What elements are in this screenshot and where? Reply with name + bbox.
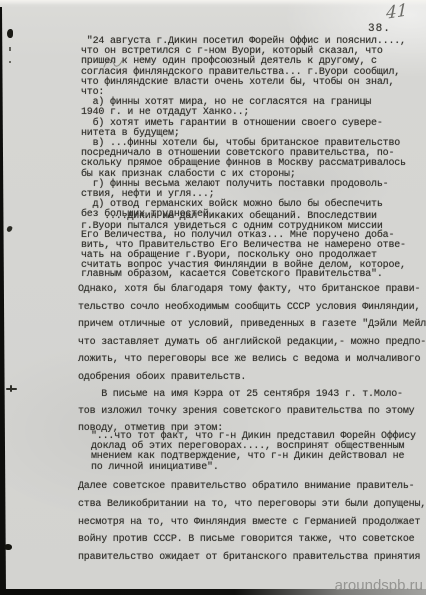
ink-dot-1 (9, 47, 11, 51)
ink-mark-middle (6, 225, 13, 232)
text-line: что финляндские власти очень хотели бы, … (81, 78, 406, 88)
text-line: Однако, хотя бы благодаря тому факту, чт… (78, 281, 426, 299)
text-line: по личной инициативе". (91, 463, 416, 473)
quoted-report-block: "24 августа г.Дикин посетил Форейн Оффис… (81, 37, 406, 221)
paragraph-dalee: Далее советское правительство обратило в… (78, 478, 426, 567)
paragraph-molotov-letter: В письме на имя Кэрра от 25 сентября 194… (78, 386, 414, 437)
paragraph-odnako: Однако, хотя бы благодаря тому факту, чт… (78, 281, 426, 386)
quoted-report-block-continued: ....Дикин не дал никаких обещаний. Впосл… (81, 212, 406, 280)
text-line: правительство ожидает от британского пра… (78, 549, 426, 567)
text-line: что заставляет думать об английской реда… (78, 334, 426, 352)
text-line: В письме на имя Кэрра от 25 сентября 194… (78, 386, 414, 403)
scanned-document-page: 41 38. "24 августа г.Дикин посетил Форей… (0, 0, 426, 595)
text-line: тов изложил точку зрения советского прав… (78, 403, 414, 420)
text-line: Далее советское правительство обратило в… (78, 478, 426, 496)
ink-dot-2 (9, 61, 11, 63)
ink-cross-mark (6, 385, 17, 393)
text-line: ложить, что переговоры все же велись с в… (78, 351, 426, 369)
text-line: несмотря на то, что Финляндия вместе с Г… (78, 514, 426, 532)
quoted-letter-excerpt: "...что тот факт, что г-н Дикин представ… (91, 432, 416, 473)
typed-page-number: 38. (368, 23, 391, 35)
text-line: причем отличные от условий, приведенных … (78, 316, 426, 334)
text-line: ства Великобритании на то, что переговор… (78, 496, 426, 514)
text-line: тельство сочло необходимым сообщить СССР… (78, 299, 426, 317)
handwritten-page-number: 41 (386, 0, 408, 24)
ink-mark-bottom (4, 544, 12, 550)
scan-top-edge (0, 0, 426, 5)
ink-mark-top (7, 29, 13, 38)
scan-left-edge (0, 0, 7, 595)
text-line: войну против СССР. В письме говорится та… (78, 531, 426, 549)
text-line: одобрения обоих правительств. (78, 369, 426, 387)
text-line: главным образом, касается Советского Пра… (81, 270, 406, 280)
watermark: aroundspb.ru (335, 577, 423, 594)
